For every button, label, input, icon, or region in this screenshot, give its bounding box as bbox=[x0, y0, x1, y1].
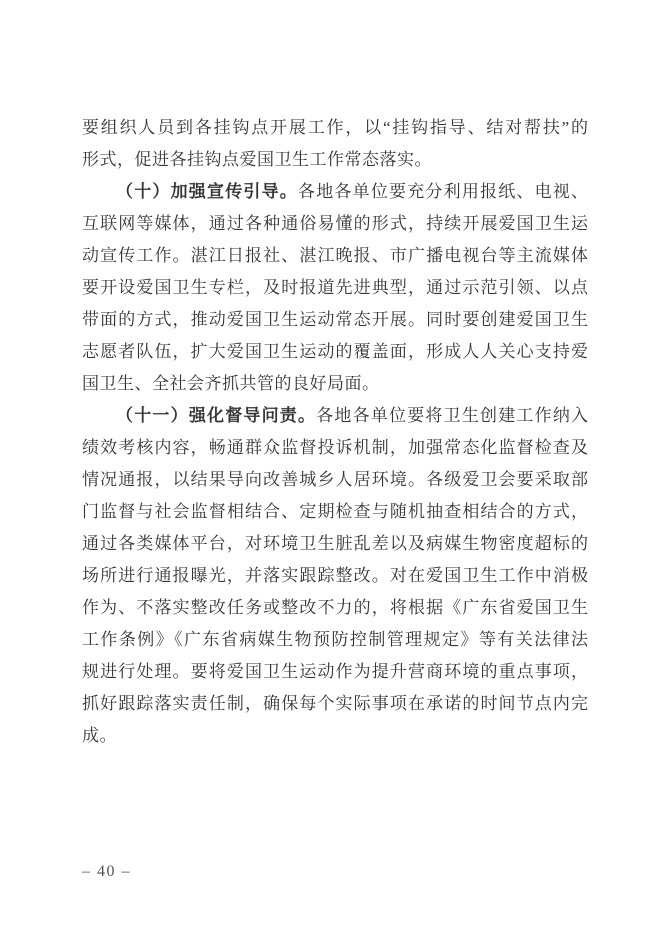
text-line: 作为、不落实整改任务或整改不力的，将根据《广东省爱国卫生 bbox=[82, 592, 588, 624]
page-number: – 40 – bbox=[82, 860, 131, 884]
document-page: 要组织人员到各挂钩点开展工作，以“挂钩指导、结对帮扶”的 形式，促进各挂钩点爱国… bbox=[0, 0, 669, 949]
section-heading-title: 加强宣传引导。 bbox=[171, 182, 298, 201]
section-heading-line-11: （十一）强化督导问责。各地各单位要将卫生创建工作纳入 bbox=[82, 400, 588, 432]
text-line: 志愿者队伍，扩大爱国卫生运动的覆盖面，形成人人关心支持爱 bbox=[82, 336, 588, 368]
text-line-paragraph-end: 成。 bbox=[82, 720, 588, 752]
text-line: 互联网等媒体，通过各种通俗易懂的形式，持续开展爱国卫生运 bbox=[82, 208, 588, 240]
text-line: 动宣传工作。湛江日报社、湛江晚报、市广播电视台等主流媒体 bbox=[82, 240, 588, 272]
text-line: 工作条例》《广东省病媒生物预防控制管理规定》等有关法律法 bbox=[82, 624, 588, 656]
text-line: 绩效考核内容，畅通群众监督投诉机制，加强常态化监督检查及 bbox=[82, 432, 588, 464]
text-line: 门监督与社会监督相结合、定期检查与随机抽查相结合的方式， bbox=[82, 496, 588, 528]
text-line: 要组织人员到各挂钩点开展工作，以“挂钩指导、结对帮扶”的 bbox=[82, 112, 588, 144]
text-line: 带面的方式，推动爱国卫生运动常态开展。同时要创建爱国卫生 bbox=[82, 304, 588, 336]
text-line: 要开设爱国卫生专栏，及时报道先进典型，通过示范引领、以点 bbox=[82, 272, 588, 304]
section-heading-number: （十） bbox=[116, 182, 171, 201]
text-line-paragraph-end: 国卫生、全社会齐抓共管的良好局面。 bbox=[82, 368, 588, 400]
text-line: 规进行处理。要将爱国卫生运动作为提升营商环境的重点事项， bbox=[82, 656, 588, 688]
section-heading-line-10: （十）加强宣传引导。各地各单位要充分利用报纸、电视、 bbox=[82, 176, 588, 208]
text-line: 抓好跟踪落实责任制，确保每个实际事项在承诺的时间节点内完 bbox=[82, 688, 588, 720]
section-heading-number: （十一） bbox=[116, 406, 189, 425]
text-line: 场所进行通报曝光，并落实跟踪整改。对在爱国卫生工作中消极 bbox=[82, 560, 588, 592]
section-body-text: 各地各单位要将卫生创建工作纳入 bbox=[316, 406, 588, 425]
text-line: 情况通报，以结果导向改善城乡人居环境。各级爱卫会要采取部 bbox=[82, 464, 588, 496]
document-text-block: 要组织人员到各挂钩点开展工作，以“挂钩指导、结对帮扶”的 形式，促进各挂钩点爱国… bbox=[82, 112, 588, 752]
text-line: 通过各类媒体平台，对环境卫生脏乱差以及病媒生物密度超标的 bbox=[82, 528, 588, 560]
section-heading-title: 强化督导问责。 bbox=[189, 406, 316, 425]
section-body-text: 各地各单位要充分利用报纸、电视、 bbox=[298, 182, 588, 201]
text-line-paragraph-end: 形式，促进各挂钩点爱国卫生工作常态落实。 bbox=[82, 144, 588, 176]
